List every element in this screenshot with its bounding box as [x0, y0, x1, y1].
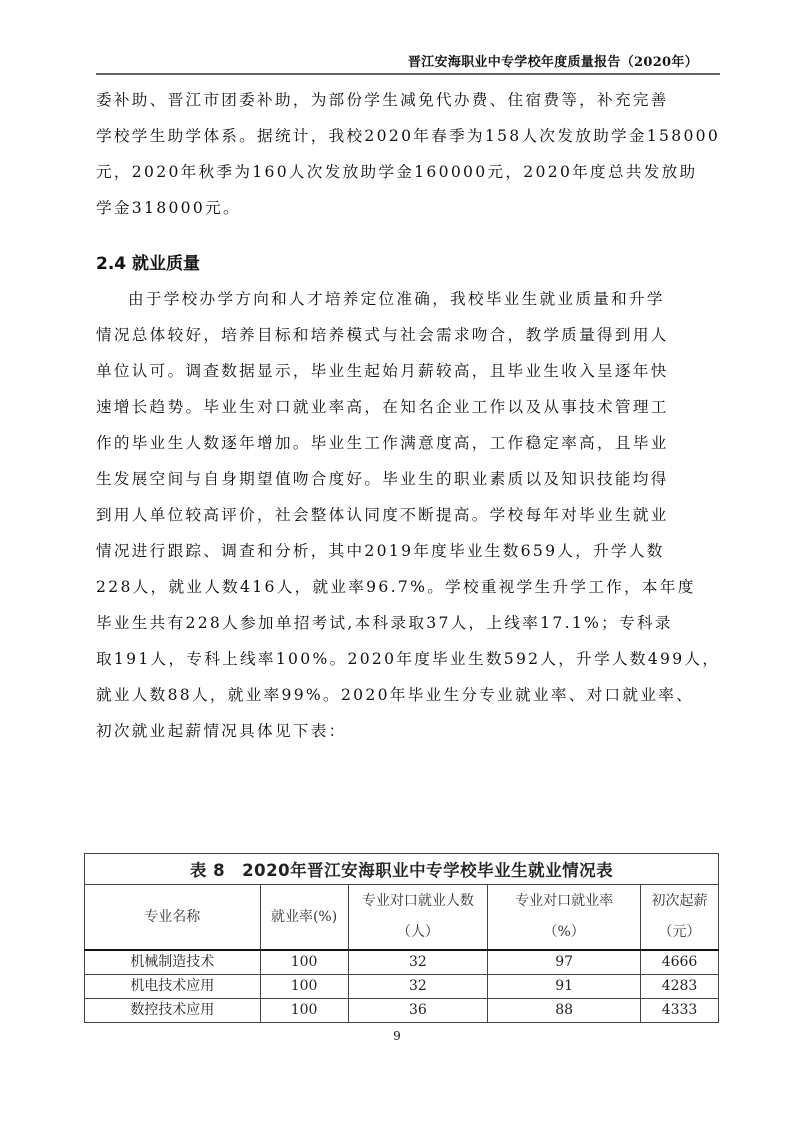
text-line: 学金318000元。 — [96, 190, 720, 226]
text-line: 生发展空间与自身期望值吻合度好。毕业生的职业素质以及知识技能均得 — [96, 461, 720, 497]
cell-major: 机电技术应用 — [85, 975, 261, 999]
cell-matched-rate: 88 — [488, 999, 641, 1023]
page-header-title: 晋江安海职业中专学校年度质量报告（2020年） — [408, 51, 698, 70]
table-caption-row: 表 8 2020年晋江安海职业中专学校毕业生就业情况表 — [85, 854, 719, 885]
cell-employment-rate: 100 — [260, 975, 348, 999]
employment-table: 表 8 2020年晋江安海职业中专学校毕业生就业情况表 专业名称 就业率(%) … — [84, 853, 719, 1023]
header-rule — [96, 73, 720, 75]
cell-starting-salary: 4333 — [641, 999, 719, 1023]
table-header-row: 专业名称 就业率(%) 专业对口就业人数（人） 专业对口就业率（%） 初次起薪（… — [85, 885, 719, 951]
column-header-starting-salary: 初次起薪（元） — [641, 885, 719, 951]
text-line: 单位认可。调查数据显示，毕业生起始月薪较高，且毕业生收入呈逐年快 — [96, 353, 720, 389]
cell-major: 数控技术应用 — [85, 999, 261, 1023]
cell-major: 机械制造技术 — [85, 950, 261, 975]
text-line: 初次就业起薪情况具体见下表： — [96, 713, 720, 749]
column-header-matched-count: 专业对口就业人数（人） — [348, 885, 488, 951]
text-line: 作的毕业生人数逐年增加。毕业生工作满意度高，工作稳定率高，且毕业 — [96, 425, 720, 461]
text-line: 速增长趋势。毕业生对口就业率高，在知名企业工作以及从事技术管理工 — [96, 389, 720, 425]
table-row: 机电技术应用 100 32 91 4283 — [85, 975, 719, 999]
cell-matched-rate: 97 — [488, 950, 641, 975]
table-row: 机械制造技术 100 32 97 4666 — [85, 950, 719, 975]
column-header-major: 专业名称 — [85, 885, 261, 951]
intro-paragraph: 委补助、晋江市团委补助，为部份学生减免代办费、住宿费等，补充完善 学校学生助学体… — [96, 82, 720, 226]
cell-matched-rate: 91 — [488, 975, 641, 999]
column-header-matched-rate: 专业对口就业率（%） — [488, 885, 641, 951]
cell-matched-count: 32 — [348, 950, 488, 975]
cell-matched-count: 32 — [348, 975, 488, 999]
text-line: 取191人，专科上线率100%。2020年度毕业生数592人，升学人数499人， — [96, 641, 720, 677]
cell-starting-salary: 4666 — [641, 950, 719, 975]
text-line: 学校学生助学体系。据统计，我校2020年春季为158人次发放助学金158000 — [96, 118, 720, 154]
text-line: 到用人单位较高评价，社会整体认同度不断提高。学校每年对毕业生就业 — [96, 497, 720, 533]
text-line: 委补助、晋江市团委补助，为部份学生减免代办费、住宿费等，补充完善 — [96, 82, 720, 118]
text-line: 228人，就业人数416人，就业率96.7%。学校重视学生升学工作，本年度 — [96, 569, 720, 605]
text-line: 就业人数88人，就业率99%。2020年毕业生分专业就业率、对口就业率、 — [96, 677, 720, 713]
section-paragraph: 由于学校办学方向和人才培养定位准确，我校毕业生就业质量和升学 情况总体较好，培养… — [96, 281, 720, 749]
column-header-employment-rate: 就业率(%) — [260, 885, 348, 951]
text-line: 情况进行跟踪、调查和分析，其中2019年度毕业生数659人，升学人数 — [96, 533, 720, 569]
cell-starting-salary: 4283 — [641, 975, 719, 999]
section-title: 2.4 就业质量 — [96, 249, 200, 274]
text-line: 元，2020年秋季为160人次发放助学金160000元，2020年度总共发放助 — [96, 154, 720, 190]
table-row: 数控技术应用 100 36 88 4333 — [85, 999, 719, 1023]
text-line: 毕业生共有228人参加单招考试,本科录取37人，上线率17.1%；专科录 — [96, 605, 720, 641]
text-line: 由于学校办学方向和人才培养定位准确，我校毕业生就业质量和升学 — [96, 281, 720, 317]
cell-employment-rate: 100 — [260, 999, 348, 1023]
cell-employment-rate: 100 — [260, 950, 348, 975]
table-caption: 表 8 2020年晋江安海职业中专学校毕业生就业情况表 — [85, 854, 719, 885]
cell-matched-count: 36 — [348, 999, 488, 1023]
text-line: 情况总体较好，培养目标和培养模式与社会需求吻合，教学质量得到用人 — [96, 317, 720, 353]
page-number: 9 — [0, 1029, 794, 1043]
